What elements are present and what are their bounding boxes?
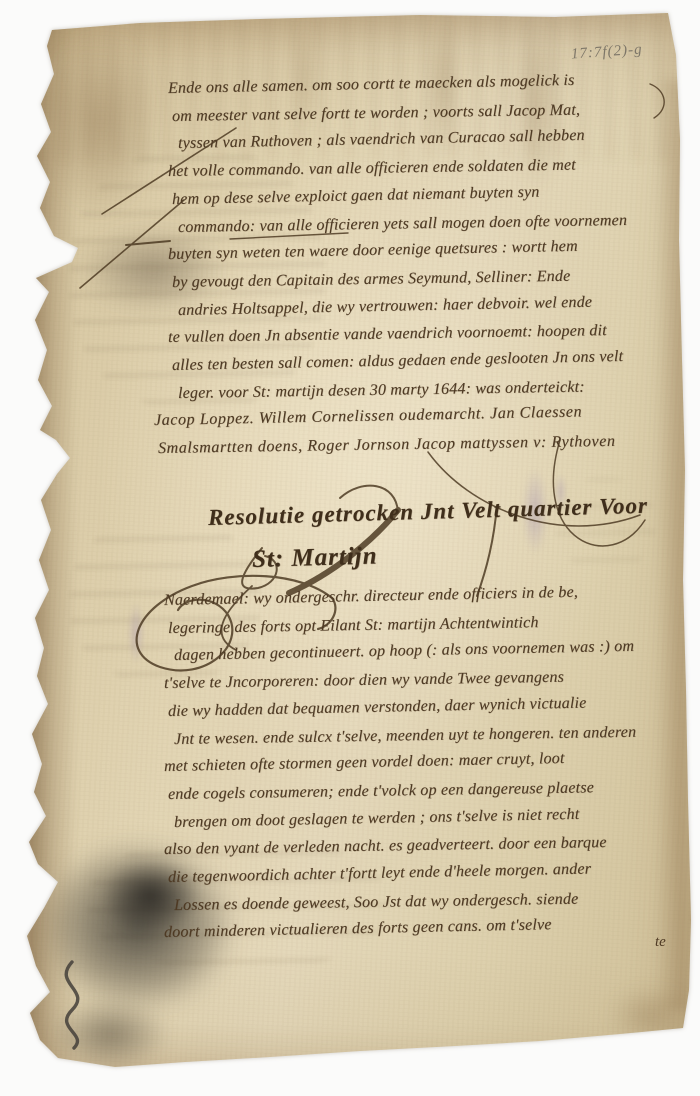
ink-scribble-mark [66,962,78,1048]
manuscript-paper: 17:7f(2)-g Ende ons alle samen. om soo c… [0,0,700,1096]
catchword: te [655,934,666,951]
torn-paper-edges: 17:7f(2)-g Ende ons alle samen. om soo c… [0,0,700,1096]
flourish-stroke [650,84,664,118]
resolution-heading-line-2: St: Martijn [252,542,378,573]
